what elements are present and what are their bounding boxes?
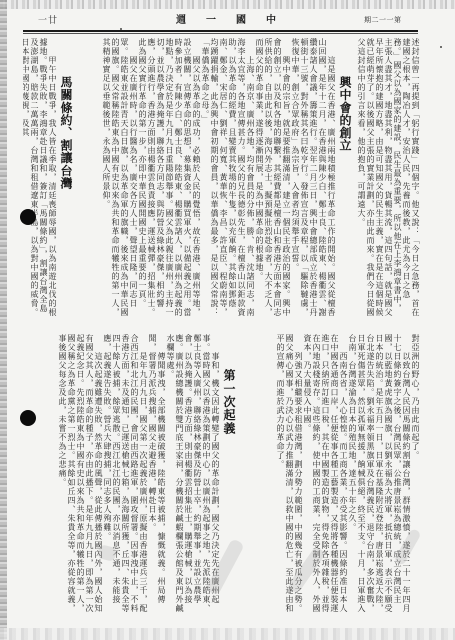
header-rule [23,30,418,32]
scan-edge-bottom [0,628,455,640]
scan-edge-left [0,0,7,640]
section-heading-first-uprising: 第一次起義 [221,369,236,437]
issue-number: 第一一二期 [364,15,402,25]
text-block-top-left: 甲午中日戰爭，我人皆在季取，清廷喪師辱國，以為南遊北伐的根據地。戰爭失敗，李鴻章… [23,38,57,317]
scan-speck [120,28,122,30]
scan-edge-top [0,0,455,9]
text-block-bottom-left: 事和，機文因此轉變了國父的革命計劃，國父乃決定先在廣州起事。當時國父以香港為策劃… [23,334,220,614]
publication-title: 中國一週 [176,11,296,26]
binder-hole-upper [20,209,36,225]
scan-speck [440,46,442,48]
page-number: 廿一 [38,13,58,26]
header-rule-thin [23,33,418,34]
binder-hole-lower [20,410,36,426]
scanned-page: 廿一 中國一週 第一一二期 述封信曾一再提到「躬行實踐」四個字。他又說：「今日之… [0,0,455,640]
text-block-bottom-right: 對亞洲的野心，乃由此而起了。 以致台灣人民因馬關條約割讓台灣，群情激憤，遂於二十… [238,334,420,614]
section-heading-treaty-of-shimonoseki: 馬關條約、割讓台灣 [58,76,73,190]
section-heading-xingzhonghui: 興中會的創立 [337,76,352,150]
text-block-top-middle: 這是國父在香港、廣州兩地積極推行革命工作的開始。國父從檀香山回國，是年十二月，在… [75,38,336,317]
text-block-top-right: 述封信曾一再提到「躬行實踐」四個字。他又說：「今日之急務，首在建國之根本，陶冶人… [352,38,420,317]
